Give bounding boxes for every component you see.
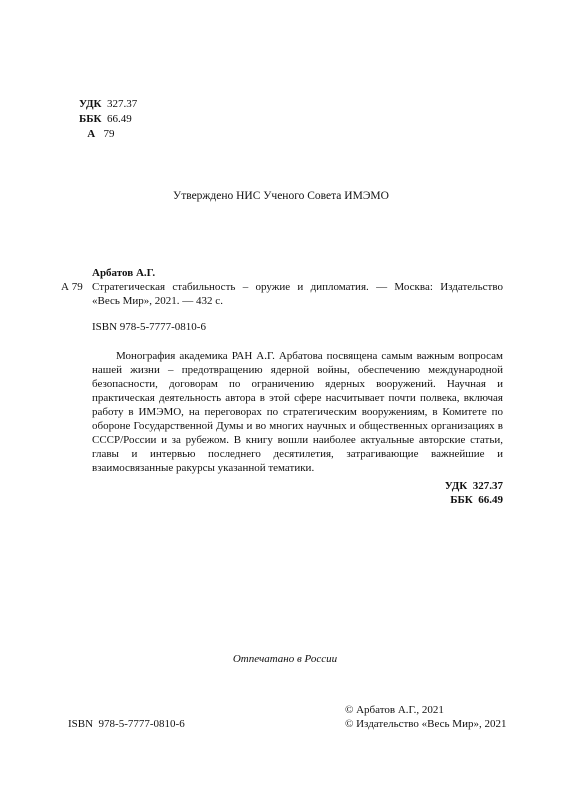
bbk-value: 66.49 (107, 113, 132, 125)
approval-note: Утверждено НИС Ученого Совета ИМЭМО (0, 189, 562, 203)
isbn-record: ISBN 978-5-7777-0810-6 (92, 320, 206, 334)
title-line-1: Стратегическая стабильность – оружие и д… (92, 280, 503, 294)
bibliographic-description: Стратегическая стабильность – оружие и д… (92, 280, 503, 308)
cutter-mark: А 79 (61, 280, 83, 294)
udk-label: УДК (79, 97, 102, 111)
printed-in-note: Отпечатано в России (0, 652, 562, 666)
cutter-value: 79 (103, 128, 114, 140)
copyright-publisher: © Издательство «Весь Мир», 2021 (345, 717, 506, 731)
abstract: Монография академика РАН А.Г. Арбатова п… (92, 349, 503, 475)
copyright-author: © Арбатов А.Г., 2021 (345, 703, 506, 717)
bbk-label: ББК (79, 112, 102, 126)
udk-bottom: УДК 327.37 (380, 479, 503, 493)
isbn-footer: ISBN 978-5-7777-0810-6 (68, 717, 185, 731)
bbk-bottom: ББК 66.49 (380, 493, 503, 507)
classification-codes-top: УДК 327.37 ББК 66.49 А 79 (68, 83, 137, 128)
abstract-text: Монография академика РАН А.Г. Арбатова п… (92, 349, 503, 475)
copyright-block: © Арбатов А.Г., 2021 © Издательство «Вес… (345, 703, 506, 731)
classification-codes-bottom: УДК 327.37 ББК 66.49 (380, 479, 503, 507)
udk-value: 327.37 (107, 98, 137, 110)
cutter-label: А (87, 127, 95, 141)
author-name: Арбатов А.Г. (92, 266, 155, 280)
udk-row: УДК 327.37 (68, 83, 137, 98)
title-line-2: «Весь Мир», 2021. — 432 с. (92, 295, 223, 307)
